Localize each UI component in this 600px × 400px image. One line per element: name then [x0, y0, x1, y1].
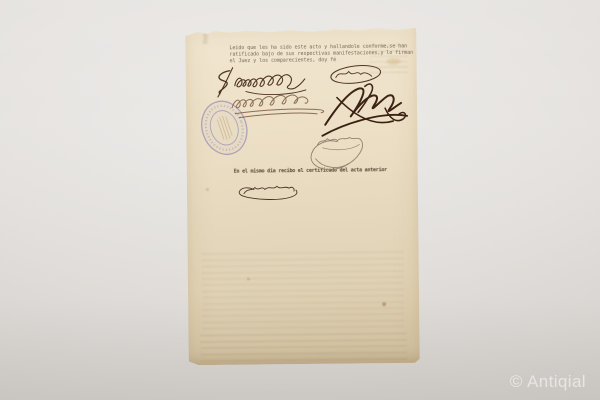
receipt-signature [239, 186, 297, 200]
ink-layer [185, 27, 420, 365]
faded-signature-with-double-underline [232, 95, 324, 118]
large-bold-signature [322, 84, 408, 136]
document-paper: Leido que les ha sido este acto y hallan… [185, 27, 420, 365]
photo-background: Leido que les ha sido este acto y hallan… [0, 0, 600, 400]
margin-paraph-signature [218, 68, 233, 97]
rubricated-signature [235, 75, 306, 95]
faint-looped-signature [311, 137, 363, 169]
watermark-text: © Antiqial [510, 372, 586, 392]
oval-circled-signature [330, 63, 382, 86]
oval-seal-stamp [195, 95, 254, 160]
